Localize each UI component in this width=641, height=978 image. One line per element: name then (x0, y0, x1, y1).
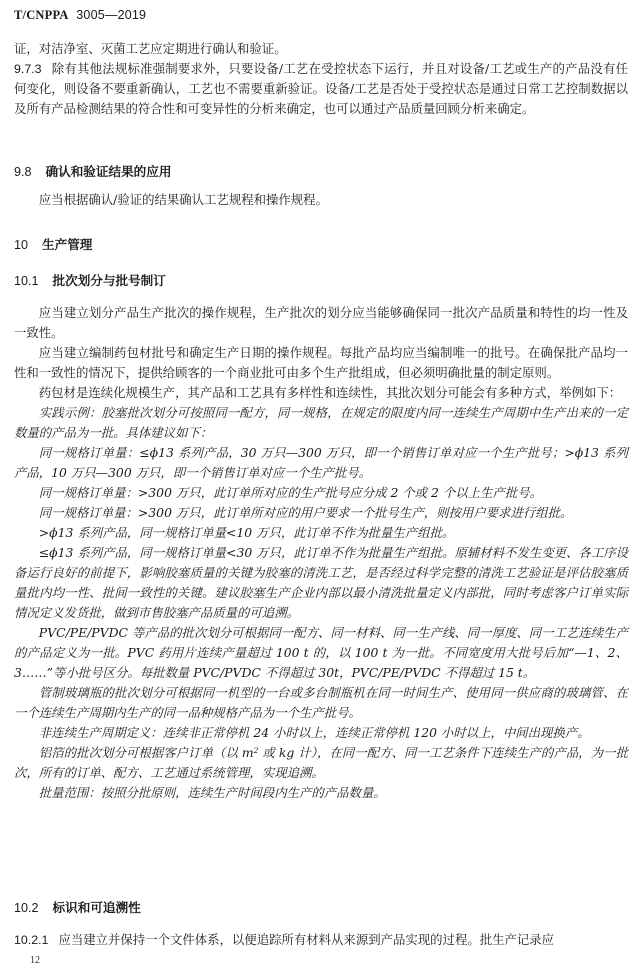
foil-text-before: 铝箔的批次划分可根据客户订单（以 m (39, 745, 254, 760)
clause-number: 10.2.1 (14, 933, 48, 947)
section-9-7-continuation: 证，对洁净室、灭菌工艺应定期进行确认和验证。 9.7.3除有其他法规标准强制要求… (14, 39, 628, 119)
example-paragraph: PVC/PE/PVDC 等产品的批次划分可根据同一配方、同一材料、同一生产线、同… (14, 623, 628, 683)
clause-text: 除有其他法规标准强制要求外，只要设备/工艺在受控状态下运行，并且对设备/工艺或生… (14, 61, 628, 116)
continuation-paragraph: 证，对洁净室、灭菌工艺应定期进行确认和验证。 (14, 39, 628, 59)
section-title: 确认和验证结果的应用 (46, 164, 172, 179)
section-heading-10-1: 10.1批次划分与批号制订 (14, 270, 166, 289)
clause-paragraph: 10.2.1应当建立并保持一个文件体系，以便追踪所有材料从来源到产品实现的过程。… (14, 930, 628, 950)
section-heading-9-8: 9.8确认和验证结果的应用 (14, 161, 171, 180)
chapter-number: 10 (14, 238, 28, 252)
section-title: 标识和可追溯性 (53, 900, 141, 915)
section-heading-10-2: 10.2标识和可追溯性 (14, 897, 141, 916)
clause-number: 9.7.3 (14, 62, 42, 76)
section-9-8-body: 应当根据确认/验证的结果确认工艺规程和操作规程。 (14, 190, 628, 210)
page-number: 12 (30, 955, 40, 966)
chapter-title: 生产管理 (42, 237, 92, 252)
clause-10-2-1: 10.2.1应当建立并保持一个文件体系，以便追踪所有材料从来源到产品实现的过程。… (14, 930, 628, 950)
section-number: 10.1 (14, 274, 39, 288)
aluminum-foil-paragraph: 铝箔的批次划分可根据客户订单（以 m2 或 kg 计），在同一配方、同一工艺条件… (14, 743, 628, 783)
paragraph: 应当建立编制药包材批号和确定生产日期的操作规程。每批产品均应当编制唯一的批号。在… (14, 343, 628, 383)
example-paragraph: 同一规格订单量：≤ϕ13 系列产品，30 万只—300 万只，即一个销售订单对应… (14, 443, 628, 483)
document-header: T/CNPPA 3005—2019 (14, 8, 146, 23)
standard-number: 3005—2019 (76, 8, 146, 22)
paragraph: 应当建立划分产品生产批次的操作规程，生产批次的划分应当能够确保同一批次产品质量和… (14, 303, 628, 343)
clause-text: 应当建立并保持一个文件体系，以便追踪所有材料从来源到产品实现的过程。批生产记录应 (58, 932, 554, 947)
example-paragraph: 同一规格订单量：>300 万只，此订单所对应的生产批号应分成 2 个或 2 个以… (14, 483, 628, 503)
example-paragraph: 非连续生产周期定义：连续非正常停机 24 小时以上，连续正常停机 120 小时以… (14, 723, 628, 743)
batch-range-paragraph: 批量范围：按照分批原则，连续生产时间段内生产的产品数量。 (14, 783, 628, 803)
clause-9-7-3: 9.7.3除有其他法规标准强制要求外，只要设备/工艺在受控状态下运行，并且对设备… (14, 59, 628, 119)
section-title: 批次划分与批号制订 (53, 273, 166, 288)
example-paragraph: 管制玻璃瓶的批次划分可根据同一机型的一台或多台制瓶机在同一时间生产、使用同一供应… (14, 683, 628, 723)
example-paragraph: ≤ϕ13 系列产品，同一规格订单量<30 万只，此订单不作为批量生产组批。原辅材… (14, 543, 628, 623)
paragraph: 药包材是连续化规模生产，其产品和工艺具有多样性和连续性，其批次划分可能会有多种方… (14, 383, 628, 403)
section-number: 9.8 (14, 165, 32, 179)
example-paragraph: 同一规格订单量：>300 万只，此订单所对应的用户要求一个批号生产，则按用户要求… (14, 503, 628, 523)
chapter-heading-10: 10生产管理 (14, 234, 92, 253)
example-paragraph: 实践示例：胶塞批次划分可按照同一配方，同一规格，在规定的限度内同一连续生产周期中… (14, 403, 628, 443)
paragraph: 应当根据确认/验证的结果确认工艺规程和操作规程。 (14, 190, 628, 210)
standard-code: T/CNPPA (14, 8, 68, 22)
section-10-1-body: 应当建立划分产品生产批次的操作规程，生产批次的划分应当能够确保同一批次产品质量和… (14, 303, 628, 803)
example-paragraph: >ϕ13 系列产品，同一规格订单量<10 万只，此订单不作为批量生产组批。 (14, 523, 628, 543)
section-number: 10.2 (14, 901, 39, 915)
